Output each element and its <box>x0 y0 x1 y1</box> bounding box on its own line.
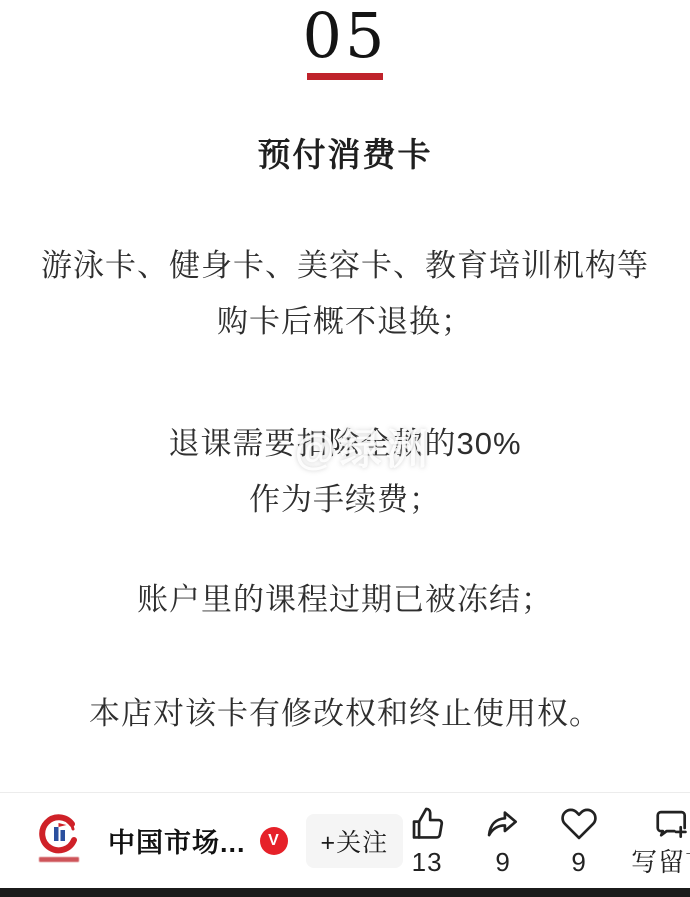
avatar[interactable] <box>36 814 82 868</box>
paragraph-3: 账户里的课程过期已被冻结； <box>0 572 690 628</box>
bottom-dark-strip <box>0 888 690 897</box>
comment-button[interactable]: 写留言 <box>631 803 690 878</box>
paragraph-4-line-1: 本店对该卡有修改权和终止使用权。 <box>0 686 690 742</box>
post-footer-bar: 中国市场... V +关注 13 9 <box>0 792 690 888</box>
thumbs-up-icon <box>408 803 446 845</box>
like-button[interactable]: 13 <box>403 803 451 878</box>
account-logo-caption <box>39 857 79 862</box>
accent-underline <box>307 73 383 80</box>
paragraph-2-line-1: 退课需要扣除全款的30% <box>0 416 690 472</box>
paragraph-2-line-2: 作为手续费； <box>0 472 690 528</box>
account-name[interactable]: 中国市场... <box>108 821 246 860</box>
paragraph-4: 本店对该卡有修改权和终止使用权。 <box>0 686 690 742</box>
paragraph-1-line-1: 游泳卡、健身卡、美容卡、教育培训机构等 <box>0 238 690 294</box>
comment-label: 写留言 <box>631 846 690 878</box>
favorite-button[interactable]: 9 <box>555 803 603 878</box>
paragraph-2: 退课需要扣除全款的30% 作为手续费； @绿洲 <box>0 416 690 528</box>
verified-badge-icon: V <box>260 827 288 855</box>
slide-number: 05 <box>0 0 690 70</box>
action-buttons: 13 9 9 <box>403 803 690 878</box>
paragraph-1-line-2: 购卡后概不退换； <box>0 294 690 350</box>
account-logo-icon <box>38 814 80 856</box>
share-count: 9 <box>495 846 510 878</box>
slide-image: 05 预付消费卡 游泳卡、健身卡、美容卡、教育培训机构等 购卡后概不退换； 退课… <box>0 0 690 792</box>
favorite-count: 9 <box>571 846 586 878</box>
post-page: 05 预付消费卡 游泳卡、健身卡、美容卡、教育培训机构等 购卡后概不退换； 退课… <box>0 0 690 897</box>
slide-title: 预付消费卡 <box>0 134 690 176</box>
share-button[interactable]: 9 <box>479 803 527 878</box>
follow-button[interactable]: +关注 <box>306 814 404 868</box>
comment-plus-icon <box>652 803 690 845</box>
share-icon <box>484 803 522 845</box>
heart-icon <box>560 803 598 845</box>
like-count: 13 <box>412 846 443 878</box>
paragraph-3-line-1: 账户里的课程过期已被冻结； <box>0 572 690 628</box>
paragraph-1: 游泳卡、健身卡、美容卡、教育培训机构等 购卡后概不退换； <box>0 238 690 350</box>
